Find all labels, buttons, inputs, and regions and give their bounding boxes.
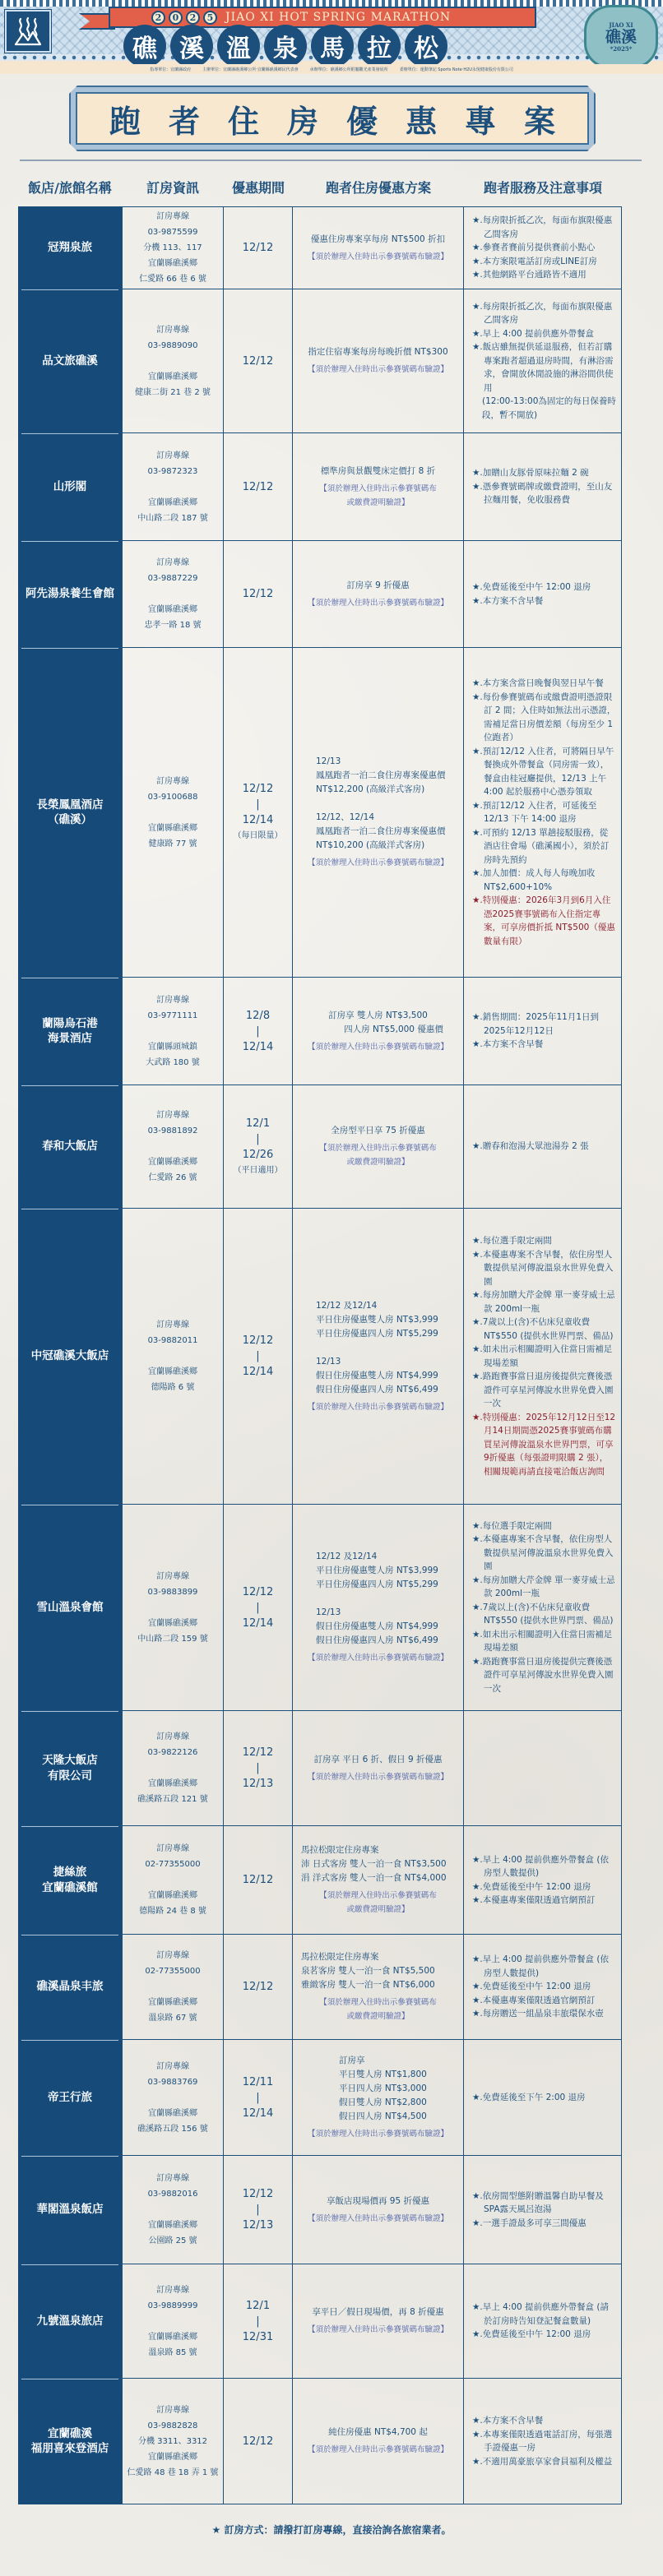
booking-line bbox=[139, 1872, 206, 1888]
note-item: ★.路跑賽事當日退房後提供完賽後憑證件可享星河傳說水世界免費入園一次 bbox=[472, 1655, 616, 1696]
plan-line bbox=[316, 1341, 448, 1355]
plan-line: NT$10,200 (高級洋式客房) bbox=[316, 839, 448, 853]
note-text: .飯店雖無提供延退服務，但若訂購專案跑者超過退房時間，有淋浴需求，會開放休閒設施… bbox=[480, 342, 613, 393]
note-text: .本優惠專案不含早餐，依住房型人數提供星河傳說溫泉水世界免費入園 bbox=[480, 1250, 613, 1287]
phone-number[interactable]: 03-9882016 bbox=[148, 2186, 198, 2202]
period-line: 12/12 bbox=[243, 1584, 273, 1600]
note-item: ★.本優惠專案不含早餐，依住房型人數提供星河傳說溫泉水世界免費入園 bbox=[472, 1533, 616, 1574]
verification-note: 【須於辦理入住時出示參賽號碼布或繳費證明驗證】 bbox=[293, 1141, 463, 1169]
plan: 訂房享平日雙人房 NT$1,800平日四人房 NT$3,000假日雙人房 NT$… bbox=[308, 2054, 448, 2141]
booking-line: 訂房專線 bbox=[148, 2282, 198, 2298]
note-text: .免費延後至中午 12:00 退房 bbox=[480, 1982, 591, 1991]
note-item: ★.早上 4:00 提前供應外帶餐盒 (請於訂房時告知登記餐盒數量) bbox=[472, 2301, 616, 2328]
table-row: 中冠礁溪大飯店訂房專線03-9882011 宜蘭縣礁溪鄉德陽路 6 號12/12… bbox=[18, 1209, 622, 1505]
booking-line: 訂房專線 bbox=[137, 2059, 207, 2074]
hotel-name: 冠翔泉旅 bbox=[48, 240, 92, 255]
hotel-name-line: 雪山溫泉會館 bbox=[37, 1600, 104, 1615]
booking-line: 仁愛路 66 巷 6 號 bbox=[139, 271, 206, 287]
period-line: 12/11 bbox=[243, 2074, 273, 2090]
booking-line: 健康二街 21 巷 2 號 bbox=[135, 385, 211, 400]
phone-number[interactable]: 03-9881892 bbox=[148, 1123, 198, 1139]
header-plan: 跑者住房優惠方案 bbox=[293, 169, 464, 205]
hotel-name: 華閣溫泉飯店 bbox=[37, 2202, 104, 2217]
booking-line: 訂房專線 bbox=[148, 774, 198, 789]
plan-line: 四人房 NT$5,000 優惠價 bbox=[308, 1023, 448, 1037]
notes-list: ★.贈春和泡湯大眾池湯券 2 張 bbox=[472, 1140, 589, 1154]
period: 12/12 bbox=[243, 479, 273, 495]
booking-line bbox=[148, 805, 198, 821]
verification-note: 【須於辦理入住時出示參賽號碼布驗證】 bbox=[308, 1651, 448, 1665]
note-text: .憑參賽號碼牌或繳費證明，至山友拉麵用餐，免收服務費 bbox=[480, 482, 612, 506]
plan: 12/12 及12/14平日住房優惠雙人房 NT$3,999平日住房優惠四人房 … bbox=[308, 1550, 448, 1665]
notes-list: ★.免費延後至下午 2:00 退房 bbox=[472, 2091, 586, 2105]
plan-lines: 訂房享平日雙人房 NT$1,800平日四人房 NT$3,000假日雙人房 NT$… bbox=[308, 2054, 448, 2124]
booking-info: 訂房專線03-9872323 宜蘭縣礁溪鄉中山路二段 187 號 bbox=[137, 448, 207, 526]
table-row: 雪山溫泉會館訂房專線03-9883899 宜蘭縣礁溪鄉中山路二段 159 號12… bbox=[18, 1505, 622, 1711]
notes-list: ★.每房限折抵乙次，每面布旗限優惠乙間客房★.早上 4:00 提前供應外帶餐盒★… bbox=[472, 300, 616, 423]
hotel-name-cell: 宜蘭礁溪福朋喜來登酒店 bbox=[18, 2379, 122, 2504]
phone-number[interactable]: 03-9883769 bbox=[137, 2074, 207, 2090]
notes-cell: ★.早上 4:00 提前供應外帶餐盒 (依房型人數提供)★.免費延後至中午 12… bbox=[464, 1935, 622, 2039]
plan-line: 純住房優惠 NT$4,700 起 bbox=[308, 2426, 448, 2440]
booking-line: 宜蘭縣礁溪鄉 bbox=[148, 1364, 198, 1380]
note-text: .早上 4:00 提前供應外帶餐盒 bbox=[480, 329, 594, 339]
plan-line: 平日住房優惠四人房 NT$5,299 bbox=[316, 1578, 448, 1592]
plan-cell: 訂房享 平日 6 折、假日 9 折優惠【須於辦理入住時出示參賽號碼布驗證】 bbox=[293, 1711, 464, 1825]
booking-line: 宜蘭縣礁溪鄉 bbox=[128, 2449, 219, 2465]
booking-line: 礁溪路五段 121 號 bbox=[137, 1792, 207, 1807]
star-icon: ★ bbox=[472, 468, 480, 478]
note-text: .免費延後至中午 12:00 退房 bbox=[480, 1882, 591, 1892]
hotel-name-cell: 蘭陽烏石港海景酒店 bbox=[18, 978, 122, 1085]
note-text: .本方案不含早餐 bbox=[480, 596, 543, 606]
plan: 標準房與景觀雙床定價打 8 折【須於辦理入住時出示參賽號碼布或繳費證明驗證】 bbox=[293, 465, 463, 510]
note-item: ★.如未出示相關證明入住當日需補足現場差額 bbox=[472, 1343, 616, 1370]
note-item: ★.可預約 12/13 單趟接駁服務，從酒店往會場（礁溪國小），須於訂房時先預約 bbox=[472, 826, 616, 867]
booking-info-cell: 訂房專線03-9883769 宜蘭縣礁溪鄉礁溪路五段 156 號 bbox=[122, 2040, 224, 2155]
star-icon: ★ bbox=[472, 1317, 480, 1327]
note-item: ★.每房限折抵乙次，每面布旗限優惠乙間客房 bbox=[472, 214, 616, 241]
title-char: 溪 bbox=[170, 25, 213, 64]
table-row: 蘭陽烏石港海景酒店訂房專線03-9771111 宜蘭縣頭城鎮大武路 180 號1… bbox=[18, 978, 622, 1085]
note-text: .免費延後至中午 12:00 退房 bbox=[480, 2329, 591, 2339]
star-icon: ★ bbox=[472, 2191, 480, 2201]
notes-list: ★.每房限折抵乙次，每面布旗限優惠乙間客房★.參賽者賽前另提供賽前小點心★.本方… bbox=[472, 214, 616, 282]
phone-number[interactable]: 03-9889999 bbox=[148, 2298, 198, 2314]
year-digit: 2 bbox=[151, 11, 165, 25]
period-line: （每日限量） bbox=[234, 828, 283, 844]
booking-line: 分機 3311、3312 bbox=[128, 2434, 219, 2449]
plan-cell: 馬拉松限定住房專案沛 日式客房 雙人一泊一食 NT$3,500涓 洋式客房 雙人… bbox=[293, 1826, 464, 1934]
plan-lines: 馬拉松限定住房專案泉茗客房 雙人一泊一食 NT$5,500雅緻客房 雙人一泊一食… bbox=[293, 1950, 463, 1992]
table-row: 帝王行旅訂房專線03-9883769 宜蘭縣礁溪鄉礁溪路五段 156 號12/1… bbox=[18, 2040, 622, 2156]
booking-line: 訂房專線 bbox=[148, 1108, 198, 1123]
notes-cell: ★.每房限折抵乙次，每面布旗限優惠乙間客房★.參賽者賽前另提供賽前小點心★.本方… bbox=[464, 207, 622, 289]
plan-cell: 訂房享 9 折優惠【須於辦理入住時出示參賽號碼布驗證】 bbox=[293, 541, 464, 647]
booking-line bbox=[137, 1600, 207, 1616]
note-text: .參賽者賽前另提供賽前小點心 bbox=[480, 243, 595, 252]
sponsor-line: 指導單位：宜蘭縣政府 主辦單位：宜蘭縣礁溪鄉公所‧宜蘭縣礁溪鄉民代表會 承辦單位… bbox=[0, 64, 663, 74]
plan: 享飯店現場價再 95 折優惠【須於辦理入住時出示參賽號碼布驗證】 bbox=[308, 2194, 448, 2226]
phone-number[interactable]: 03-9875599 bbox=[139, 224, 206, 240]
period-line: 12/13 bbox=[243, 2218, 273, 2233]
plan-line: 假日住房優惠四人房 NT$6,499 bbox=[316, 1383, 448, 1397]
booking-line: 忠孝一路 18 號 bbox=[144, 617, 201, 633]
hotel-name-line: 九號溫泉旅店 bbox=[37, 2314, 104, 2329]
period-line: 12/12 bbox=[243, 1872, 273, 1888]
hotel-name-cell: 雪山溫泉會館 bbox=[18, 1505, 122, 1710]
phone-number[interactable]: 02-77355000 bbox=[139, 1857, 206, 1872]
period-line: 12/12 bbox=[243, 586, 273, 602]
plan-line: 享飯店現場價再 95 折優惠 bbox=[308, 2194, 448, 2208]
note-text: .依房間型態附贈溫馨自助早餐及SPA露天風呂泡湯 bbox=[480, 2191, 603, 2215]
booking-info-cell: 訂房專線03-9875599分機 113、117宜蘭縣礁溪鄉仁愛路 66 巷 6… bbox=[122, 207, 224, 289]
year-digit: 5 bbox=[203, 11, 217, 25]
title-char: 礁 bbox=[123, 25, 166, 64]
plan-line: 12/13 bbox=[316, 1606, 448, 1620]
booking-line: 分機 113、117 bbox=[139, 240, 206, 256]
star-icon: ★ bbox=[472, 1657, 480, 1667]
period-cell: 12/11|12/14 bbox=[224, 2040, 293, 2155]
booking-line: 訂房專線 bbox=[139, 1841, 206, 1857]
verification-note: 【須於辦理入住時出示參賽號碼布驗證】 bbox=[308, 250, 448, 264]
hotel-name: 礁溪晶泉丰旅 bbox=[37, 1979, 104, 1994]
verification-note: 【須於辦理入住時出示參賽號碼布驗證】 bbox=[308, 596, 448, 610]
note-text: .特別優惠：2026年3月到6月入住憑2025賽事號碼布入住指定專案，可享房價折… bbox=[480, 895, 614, 946]
period-line: 12/26 bbox=[234, 1147, 283, 1163]
notes-list: ★.早上 4:00 提前供應外帶餐盒 (依房型人數提供)★.免費延後至中午 12… bbox=[472, 1953, 616, 2021]
plan: 訂房享 9 折優惠【須於辦理入住時出示參賽號碼布驗證】 bbox=[308, 579, 448, 610]
plan-line: 12/12 及12/14 bbox=[316, 1299, 448, 1313]
event-banner: 2 0 2 5 JIAO XI HOT SPRING MARATHON 礁 溪 … bbox=[0, 0, 663, 64]
plan-line: 假日四人房 NT$4,500 bbox=[339, 2110, 448, 2124]
hotel-name: 天隆大飯店有限公司 bbox=[42, 1753, 98, 1783]
badge-middle: 礁溪 bbox=[605, 29, 637, 46]
sponsor: 指導單位：宜蘭縣政府 bbox=[150, 67, 191, 72]
period-line: | bbox=[234, 797, 283, 812]
plan: 純住房優惠 NT$4,700 起【須於辦理入住時出示參賽號碼布驗證】 bbox=[308, 2426, 448, 2457]
star-icon: ★ bbox=[472, 2416, 480, 2426]
plan-cell: 12/13鳳凰跑者一泊二食住房專案優惠價NT$12,200 (高級洋式客房) 1… bbox=[293, 648, 464, 977]
booking-line: 訂房專線 bbox=[146, 992, 199, 1008]
plan-lines: 訂房享 9 折優惠 bbox=[308, 579, 448, 593]
period: 12/12|12/13 bbox=[243, 2186, 273, 2233]
plan: 享平日／假日現場價，再 8 折優惠【須於辦理入住時出示參賽號碼布驗證】 bbox=[308, 2305, 448, 2337]
booking-line: 訂房專線 bbox=[137, 448, 207, 464]
hotel-name-line: 捷絲旅 bbox=[42, 1865, 98, 1880]
phone-number[interactable]: 03-9889090 bbox=[135, 338, 211, 354]
period: 12/1|12/31 bbox=[243, 2298, 273, 2345]
star-icon: ★ bbox=[472, 2218, 480, 2228]
period-line: | bbox=[243, 2090, 273, 2106]
note-text: .本方案不含早餐 bbox=[480, 1039, 543, 1049]
hotel-name: 捷絲旅宜蘭礁溪館 bbox=[42, 1865, 98, 1894]
hotel-name-line: 山形閣 bbox=[53, 479, 87, 494]
hotel-name: 宜蘭礁溪福朋喜來登酒店 bbox=[31, 2426, 109, 2456]
note-text: .加人加價：成人每人每晚加收 NT$2,600+10% bbox=[480, 868, 595, 892]
booking-info-cell: 訂房專線03-9889999 宜蘭縣礁溪鄉溫泉路 85 號 bbox=[122, 2264, 224, 2378]
phone-number[interactable]: 03-9882011 bbox=[148, 1333, 198, 1348]
booking-line bbox=[148, 1348, 198, 1364]
plan-cell: 全房型平日享 75 折優惠【須於辦理入住時出示參賽號碼布或繳費證明驗證】 bbox=[293, 1085, 464, 1208]
star-icon: ★ bbox=[472, 1982, 480, 1991]
booking-info: 訂房專線03-9882011 宜蘭縣礁溪鄉德陽路 6 號 bbox=[148, 1317, 198, 1395]
hotel-name-line: 海景酒店 bbox=[42, 1031, 98, 1046]
plan-cell: 指定住宿專案每房每晚折價 NT$300【須於辦理入住時出示參賽號碼布驗證】 bbox=[293, 289, 464, 432]
phone-number[interactable]: 03-9883899 bbox=[137, 1584, 207, 1600]
note-text: .免費延後至中午 12:00 退房 bbox=[480, 582, 591, 592]
period-line: 12/12 bbox=[243, 1745, 273, 1760]
note-text: .本方案不含早餐 bbox=[480, 2416, 543, 2426]
period-cell: 12/12 bbox=[224, 289, 293, 432]
verification-note: 【須於辦理入住時出示參賽號碼布驗證】 bbox=[308, 363, 448, 377]
period-cell: 12/12 bbox=[224, 433, 293, 540]
phone-number[interactable]: 03-9822126 bbox=[137, 1745, 207, 1760]
phone-number[interactable]: 03-9872323 bbox=[137, 464, 207, 479]
booking-line: 宜蘭縣礁溪鄉 bbox=[144, 602, 201, 617]
hotel-name: 雪山溫泉會館 bbox=[37, 1600, 104, 1615]
note-item: ★.預訂12/12 入住者，可將隔日早午餐換成外帶餐盒（同房需一致），餐盒由桂冠… bbox=[472, 745, 616, 799]
plan-line: 平日住房優惠雙人房 NT$3,999 bbox=[316, 1313, 448, 1327]
plan-cell: 訂房享 雙人房 NT$3,500四人房 NT$5,000 優惠價【須於辦理入住時… bbox=[293, 978, 464, 1085]
star-icon: ★ bbox=[472, 1996, 480, 2005]
plan: 指定住宿專案每房每晚折價 NT$300【須於辦理入住時出示參賽號碼布驗證】 bbox=[308, 345, 448, 377]
note-item: ★.本專案僅限透過電話訂房，每張選手證優惠一房 bbox=[472, 2428, 616, 2455]
chinese-title: 礁 溪 溫 泉 馬 拉 松 bbox=[123, 26, 447, 64]
booking-line: 宜蘭縣礁溪鄉 bbox=[148, 1154, 198, 1170]
star-icon: ★ bbox=[472, 2457, 480, 2467]
note-item: ★.一選手證最多可享三間優惠 bbox=[472, 2217, 616, 2231]
plan-line: 馬拉松限定住房專案 bbox=[301, 1843, 463, 1857]
star-icon: ★ bbox=[472, 1575, 480, 1585]
checker-border bbox=[0, 0, 663, 7]
star-icon: ★ bbox=[472, 1521, 480, 1531]
note-text: (12:00-13:00為固定的每日保養時段，暫不開放) bbox=[482, 396, 616, 420]
booking-line: 健康路 77 號 bbox=[148, 836, 198, 852]
hotel-name-cell: 山形閣 bbox=[18, 433, 122, 540]
plan-line: 鳳凰跑者一泊二食住房專案優惠價 bbox=[316, 769, 448, 783]
booking-info: 訂房專線03-9883899 宜蘭縣礁溪鄉中山路二段 159 號 bbox=[137, 1569, 207, 1647]
booking-info: 訂房專線03-9881892 宜蘭縣礁溪鄉仁愛路 26 號 bbox=[148, 1108, 198, 1186]
english-title: JIAO XI HOT SPRING MARATHON bbox=[225, 11, 451, 24]
star-icon: ★ bbox=[472, 1882, 480, 1892]
note-item: ★.7歲以上(含)不佔床兒童收費 NT$550 (提供水世界門票、備品) bbox=[472, 1316, 616, 1343]
notes-cell: ★.依房間型態附贈溫馨自助早餐及SPA露天風呂泡湯★.一選手證最多可享三間優惠 bbox=[464, 2156, 622, 2264]
booking-info: 訂房專線03-9875599分機 113、117宜蘭縣礁溪鄉仁愛路 66 巷 6… bbox=[139, 209, 206, 287]
booking-info: 訂房專線03-9889999 宜蘭縣礁溪鄉溫泉路 85 號 bbox=[148, 2282, 198, 2361]
star-icon: ★ bbox=[472, 2329, 480, 2339]
period-line: | bbox=[243, 1760, 273, 1776]
note-text: .7歲以上(含)不佔床兒童收費 NT$550 (提供水世界門票、備品) bbox=[480, 1317, 613, 1341]
note-item: ★.其他網路平台通路皆不適用 bbox=[472, 268, 616, 282]
booking-info-cell: 訂房專線03-9889090 宜蘭縣礁溪鄉健康二街 21 巷 2 號 bbox=[122, 289, 224, 432]
phone-number[interactable]: 03-9882828 bbox=[128, 2418, 219, 2434]
header-period: 優惠期間 bbox=[224, 169, 293, 205]
plan-line: 沛 日式客房 雙人一泊一食 NT$3,500 bbox=[301, 1857, 463, 1871]
phone-number[interactable]: 03-9100688 bbox=[148, 789, 198, 805]
notes-cell: ★.本方案不含早餐★.本專案僅限透過電話訂房，每張選手證優惠一房★.不適用萬豪旅… bbox=[464, 2379, 622, 2504]
booking-info: 訂房專線03-9887229 宜蘭縣礁溪鄉忠孝一路 18 號 bbox=[144, 555, 201, 633]
jiaoxi-badge: JIAO XI 礁溪 *2025* bbox=[584, 5, 658, 69]
booking-line: 大武路 180 號 bbox=[146, 1055, 199, 1071]
star-icon: ★ bbox=[472, 2093, 480, 2102]
verification-note: 【須於辦理入住時出示參賽號碼布驗證】 bbox=[308, 1400, 448, 1414]
plan-lines: 12/13鳳凰跑者一泊二食住房專案優惠價NT$12,200 (高級洋式客房) 1… bbox=[308, 755, 448, 853]
hotel-name-line: 宜蘭礁溪館 bbox=[42, 1880, 98, 1895]
note-item: ★.本方案不含早餐 bbox=[472, 1038, 616, 1052]
title-char: 馬 bbox=[311, 25, 354, 64]
booking-line: 德陽路 6 號 bbox=[148, 1380, 198, 1395]
period-cell: 12/12|12/13 bbox=[224, 1711, 293, 1825]
booking-line: 宜蘭縣礁溪鄉 bbox=[137, 1776, 207, 1792]
booking-line: 訂房專線 bbox=[135, 322, 211, 338]
note-item: ★.7歲以上(含)不佔床兒童收費 NT$550 (提供水世界門票、備品) bbox=[472, 1601, 616, 1628]
table-row: 九號溫泉旅店訂房專線03-9889999 宜蘭縣礁溪鄉溫泉路 85 號12/1|… bbox=[18, 2264, 622, 2379]
table-row: 捷絲旅宜蘭礁溪館訂房專線02-77355000 宜蘭縣礁溪鄉德陽路 24 巷 8… bbox=[18, 1826, 622, 1935]
note-text: .可預約 12/13 單趟接駁服務，從酒店往會場（礁溪國小），須於訂房時先預約 bbox=[480, 828, 609, 865]
note-text: .路跑賽事當日退房後提供完賽後憑證件可享星河傳說水世界免費入園一次 bbox=[480, 1657, 613, 1694]
star-icon: ★ bbox=[472, 692, 480, 702]
plan-line: 假日住房優惠四人房 NT$6,499 bbox=[316, 1634, 448, 1648]
note-item: ★.加人加價：成人每人每晚加收 NT$2,600+10% bbox=[472, 867, 616, 894]
period-line: | bbox=[234, 1131, 283, 1147]
hotel-name: 春和大飯店 bbox=[42, 1139, 98, 1154]
booking-line: 溫泉路 67 號 bbox=[145, 2010, 200, 2026]
plan-lines: 標準房與景觀雙床定價打 8 折 bbox=[293, 465, 463, 479]
period-cell: 12/8|12/14 bbox=[224, 978, 293, 1085]
notes-cell: ★.每位選手限定兩間★.本優惠專案不含早餐，依住房型人數提供星河傳說溫泉水世界免… bbox=[464, 1209, 622, 1504]
star-icon: ★ bbox=[472, 582, 480, 592]
hotel-name-line: （礁溪） bbox=[37, 812, 104, 827]
plan-line: 訂房享 bbox=[339, 2054, 448, 2068]
period-cell: 12/12 bbox=[224, 1935, 293, 2039]
hotel-name-line: 華閣溫泉飯店 bbox=[37, 2202, 104, 2217]
note-text: .路跑賽事當日退房後提供完賽後憑證件可享星河傳說水世界免費入園一次 bbox=[480, 1371, 613, 1408]
period-line: 12/8 bbox=[243, 1008, 273, 1024]
period-line: 12/14 bbox=[243, 1616, 273, 1631]
note-item: ★.每份參賽號碼布或繳費證明憑證限訂 2 間；入住時如無法出示憑證，需補足當日房… bbox=[472, 691, 616, 745]
booking-line: 礁溪路五段 156 號 bbox=[137, 2121, 207, 2137]
booking-info: 訂房專線02-77355000 宜蘭縣礁溪鄉溫泉路 67 號 bbox=[145, 1948, 200, 2026]
hotel-name-line: 春和大飯店 bbox=[42, 1139, 98, 1154]
booking-info: 訂房專線03-9100688 宜蘭縣礁溪鄉健康路 77 號 bbox=[148, 774, 198, 852]
period-line: 12/12 bbox=[243, 1333, 273, 1348]
booking-line: 訂房專線 bbox=[137, 1729, 207, 1745]
title-plate: 跑者住房優惠專案 bbox=[76, 92, 589, 145]
plan-line: 全房型平日享 75 折優惠 bbox=[293, 1124, 463, 1138]
booking-line: 仁愛路 48 巷 18 弄 1 號 bbox=[128, 2465, 219, 2481]
note-item: ★.免費延後至中午 12:00 退房 bbox=[472, 2328, 616, 2342]
booking-info: 訂房專線03-9883769 宜蘭縣礁溪鄉礁溪路五段 156 號 bbox=[137, 2059, 207, 2137]
plan-line: 平日四人房 NT$3,000 bbox=[339, 2082, 448, 2096]
plan-cell: 享飯店現場價再 95 折優惠【須於辦理入住時出示參賽號碼布驗證】 bbox=[293, 2156, 464, 2264]
booking-line bbox=[148, 2202, 198, 2218]
note-text: .7歲以上(含)不佔床兒童收費 NT$550 (提供水世界門票、備品) bbox=[480, 1602, 613, 1626]
star-icon: ★ bbox=[472, 482, 480, 492]
page-title: 跑者住房優惠專案 bbox=[81, 96, 583, 141]
steam-mountain-icon bbox=[13, 16, 43, 47]
title-ribbon: 2 0 2 5 JIAO XI HOT SPRING MARATHON bbox=[109, 7, 536, 28]
title-char: 泉 bbox=[264, 25, 307, 64]
plan-lines: 純住房優惠 NT$4,700 起 bbox=[308, 2426, 448, 2440]
verification-note: 【須於辦理入住時出示參賽號碼布驗證】 bbox=[308, 2443, 448, 2457]
note-text: .每位選手限定兩間 bbox=[480, 1236, 551, 1246]
period: 12/12|12/13 bbox=[243, 1745, 273, 1792]
star-icon: ★ bbox=[472, 868, 480, 878]
notes-list: ★.每位選手限定兩間★.本優惠專案不含早餐，依住房型人數提供星河傳說溫泉水世界免… bbox=[472, 1234, 616, 1478]
period-cell: 12/12 bbox=[224, 1826, 293, 1934]
notes-list: ★.依房間型態附贈溫馨自助早餐及SPA露天風呂泡湯★.一選手證最多可享三間優惠 bbox=[472, 2190, 616, 2231]
plan-cell: 12/12 及12/14平日住房優惠雙人房 NT$3,999平日住房優惠四人房 … bbox=[293, 1505, 464, 1710]
booking-info: 訂房專線03-9882016 宜蘭縣礁溪鄉公園路 25 號 bbox=[148, 2171, 198, 2249]
booking-line: 訂房專線 bbox=[145, 1948, 200, 1963]
notes-list: ★.免費延後至中午 12:00 退房★.本方案不含早餐 bbox=[472, 580, 591, 608]
hotel-name-cell: 冠翔泉旅 bbox=[18, 207, 122, 289]
note-item: ★.飯店雖無提供延退服務，但若訂購專案跑者超過退房時間，有淋浴需求，會開放休閒設… bbox=[472, 340, 616, 395]
booking-line: 中山路二段 187 號 bbox=[137, 511, 207, 526]
note-item: ★.贈春和泡湯大眾池湯券 2 張 bbox=[472, 1140, 589, 1154]
plan-cell: 訂房享平日雙人房 NT$1,800平日四人房 NT$3,000假日雙人房 NT$… bbox=[293, 2040, 464, 2155]
phone-number[interactable]: 02-77355000 bbox=[145, 1963, 200, 1979]
period-line: | bbox=[243, 2202, 273, 2218]
plan-lines: 全房型平日享 75 折優惠 bbox=[293, 1124, 463, 1138]
star-icon: ★ bbox=[472, 215, 480, 225]
period-line: 12/14 bbox=[243, 1364, 273, 1380]
plan: 全房型平日享 75 折優惠【須於辦理入住時出示參賽號碼布或繳費證明驗證】 bbox=[293, 1124, 463, 1169]
housing-table: 冠翔泉旅訂房專線03-9875599分機 113、117宜蘭縣礁溪鄉仁愛路 66… bbox=[18, 206, 622, 2504]
note-item: ★.依房間型態附贈溫馨自助早餐及SPA露天風呂泡湯 bbox=[472, 2190, 616, 2217]
note-text: .加贈山友豚骨原味拉麵 2 碗 bbox=[480, 468, 588, 478]
table-header: 飯店/旅館名稱 訂房資訊 優惠期間 跑者住房優惠方案 跑者服務及注意事項 bbox=[18, 169, 622, 205]
plan-cell: 馬拉松限定住房專案泉茗客房 雙人一泊一食 NT$5,500雅緻客房 雙人一泊一食… bbox=[293, 1935, 464, 2039]
note-item: ★.不適用萬豪旅享家會員福利及權益 bbox=[472, 2455, 616, 2469]
plan-line: 指定住宿專案每房每晚折價 NT$300 bbox=[308, 345, 448, 359]
note-text: .早上 4:00 提前供應外帶餐盒 (依房型人數提供) bbox=[480, 1954, 609, 1978]
period-cell: 12/12|12/13 bbox=[224, 2156, 293, 2264]
notes-list: ★.每位選手限定兩間★.本優惠專案不含早餐，依住房型人數提供星河傳說溫泉水世界免… bbox=[472, 1519, 616, 1696]
plan-line: 優惠住房專案享每房 NT$500 折扣 bbox=[308, 233, 448, 247]
note-text: .早上 4:00 提前供應外帶餐盒 (請於訂房時告知登記餐盒數量) bbox=[480, 2302, 609, 2326]
phone-number[interactable]: 03-9771111 bbox=[146, 1008, 199, 1024]
plan-line: 假日住房優惠雙人房 NT$4,999 bbox=[316, 1369, 448, 1383]
star-icon: ★ bbox=[472, 342, 480, 352]
booking-info: 訂房專線03-9771111 宜蘭縣頭城鎮大武路 180 號 bbox=[146, 992, 199, 1071]
booking-line: 中山路二段 159 號 bbox=[137, 1631, 207, 1647]
period: 12/12 bbox=[243, 1872, 273, 1888]
hotel-name: 阿先湯泉養生會館 bbox=[25, 586, 114, 601]
plan-lines: 享飯店現場價再 95 折優惠 bbox=[308, 2194, 448, 2208]
phone-number[interactable]: 03-9887229 bbox=[144, 571, 201, 586]
note-item: ★.早上 4:00 提前供應外帶餐盒 (依房型人數提供) bbox=[472, 1953, 616, 1980]
notes-cell: ★.免費延後至中午 12:00 退房★.本方案不含早餐 bbox=[464, 541, 622, 647]
notes-cell: ★.每房限折抵乙次，每面布旗限優惠乙間客房★.早上 4:00 提前供應外帶餐盒★… bbox=[464, 289, 622, 432]
note-text: .一選手證最多可享三間優惠 bbox=[480, 2218, 586, 2228]
note-text: .本優惠專案不含早餐，依住房型人數提供星河傳說溫泉水世界免費入園 bbox=[480, 1534, 613, 1571]
star-icon: ★ bbox=[472, 801, 480, 811]
booking-line bbox=[135, 354, 211, 369]
note-text: .銷售期間：2025年11月1日到2025年12月12日 bbox=[480, 1012, 599, 1036]
note-item: ★.預訂12/12 入住者，可延後至 12/13 下午 14:00 退房 bbox=[472, 799, 616, 826]
note-item: ★.早上 4:00 提前供應外帶餐盒 (依房型人數提供) bbox=[472, 1853, 616, 1880]
plan: 訂房享 平日 6 折、假日 9 折優惠【須於辦理入住時出示參賽號碼布驗證】 bbox=[308, 1753, 448, 1784]
note-item: ★.每房加贈大芹金牌 單一麥芽威士忌款 200ml一瓶 bbox=[472, 1574, 616, 1601]
booking-line: 宜蘭縣頭城鎮 bbox=[146, 1039, 199, 1055]
booking-line: 宜蘭縣礁溪鄉 bbox=[139, 256, 206, 271]
booking-line bbox=[137, 2090, 207, 2106]
note-text: .本專案僅限透過電話訂房，每張選手證優惠一房 bbox=[480, 2430, 612, 2453]
period-line: （平日適用） bbox=[234, 1163, 283, 1178]
plan-cell: 標準房與景觀雙床定價打 8 折【須於辦理入住時出示參賽號碼布或繳費證明驗證】 bbox=[293, 433, 464, 540]
